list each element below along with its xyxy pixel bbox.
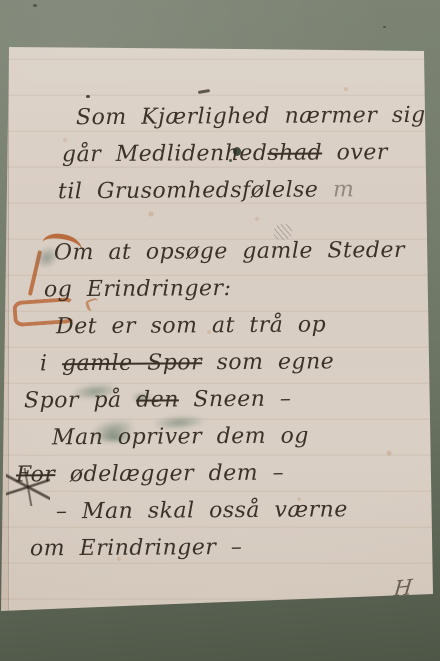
handwriting-segment: som egne xyxy=(202,349,334,375)
handwriting-segment: om Erindringer – xyxy=(30,535,242,561)
handwriting-line: Det er som at trå op xyxy=(56,306,432,346)
handwriting-segment: shad xyxy=(267,140,322,165)
handwriting-segment: m xyxy=(318,177,354,202)
dust-speck xyxy=(383,26,386,28)
handwriting-segment: i xyxy=(40,351,62,376)
handwriting-segment: gamle Spor xyxy=(62,350,202,376)
handwriting-segment: og Erindringer: xyxy=(44,276,232,302)
handwriting-line: og Erindringer: xyxy=(44,269,432,309)
page-fold-line xyxy=(8,47,9,611)
handwriting-segment: over xyxy=(322,140,388,165)
handwriting-line: For ødelægger dem – xyxy=(16,454,432,494)
handwriting-line: til Grusomhedsfølelse m xyxy=(58,171,432,211)
handwriting-segment: Som Kjærlighed nærmer sig Had xyxy=(76,102,440,130)
handwriting-segment: ødelægger dem – xyxy=(55,461,284,488)
handwriting-line: går Medlidenhedshad over xyxy=(62,134,432,174)
handwriting-segment: Sneen – xyxy=(179,387,292,413)
handwriting-line: om Erindringer – xyxy=(30,528,432,568)
handwriting-segment: den xyxy=(136,387,179,412)
handwriting-segment: For xyxy=(16,462,56,487)
handwriting-segment: til Grusomhedsfølelse xyxy=(58,177,319,204)
manuscript-page: Som Kjærlighed nærmer sig Hadgår Medlide… xyxy=(0,0,440,661)
handwriting-text: Som Kjærlighed nærmer sig Hadgår Medlide… xyxy=(12,98,432,566)
handwriting-segment: – Man skal osså værne xyxy=(56,497,348,524)
handwriting-segment: Om at opsøge gamle Steder xyxy=(54,238,405,265)
handwriting-segment: Det er som at trå op xyxy=(56,312,326,339)
handwriting-line: Om at opsøge gamle Steder xyxy=(54,232,432,272)
dust-speck xyxy=(33,4,37,7)
handwriting-segment: Man opriver dem og xyxy=(52,424,309,451)
handwriting-segment: Spor på xyxy=(24,388,136,414)
handwriting-line: – Man skal osså værne xyxy=(56,491,432,531)
handwriting-segment: går Medlidenhed xyxy=(62,141,268,167)
handwriting-line: Som Kjærlighed nærmer sig Had xyxy=(76,97,432,136)
handwriting-line: Spor på den Sneen – xyxy=(24,380,432,420)
handwriting-line: i gamle Spor som egne xyxy=(40,343,432,383)
manuscript-photo: Som Kjærlighed nærmer sig Hadgår Medlide… xyxy=(0,0,440,661)
handwriting-line: Man opriver dem og xyxy=(52,417,432,457)
